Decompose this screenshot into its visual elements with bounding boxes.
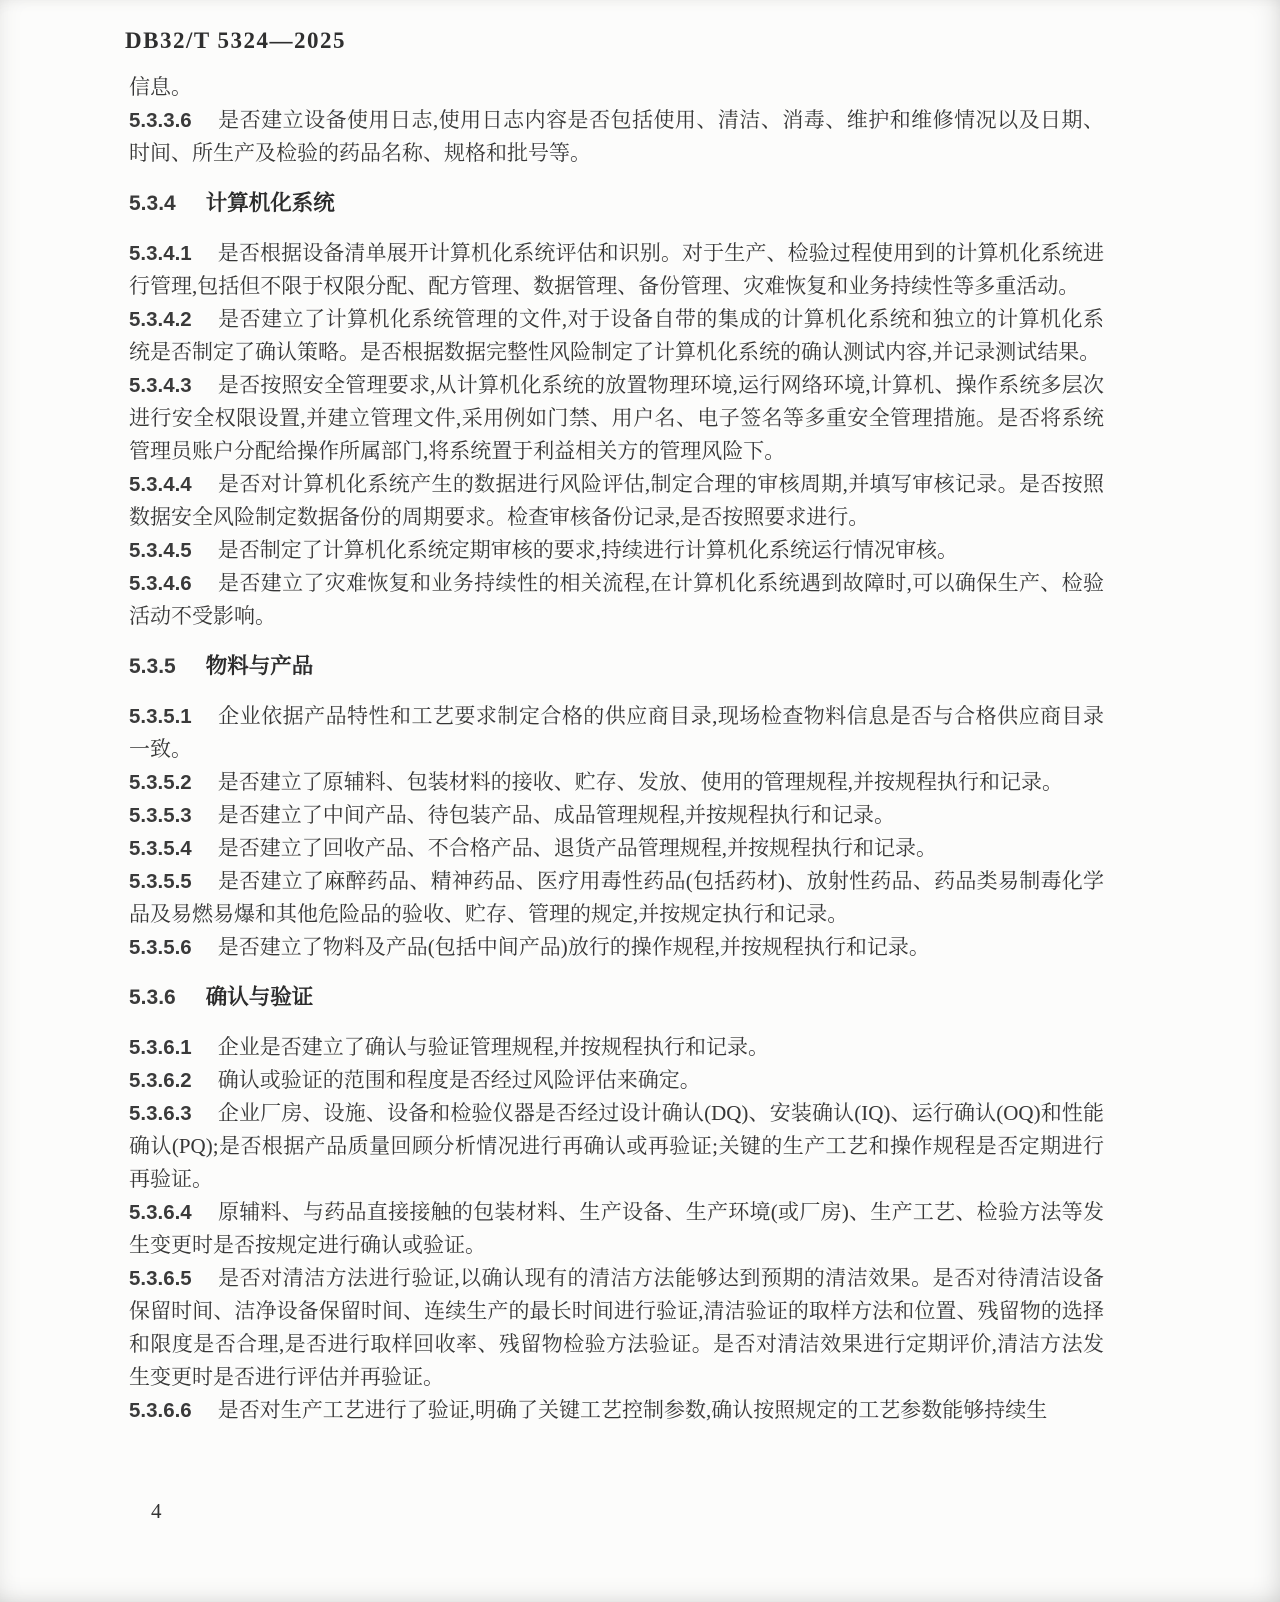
clause-paragraph: 5.3.5.6是否建立了物料及产品(包括中间产品)放行的操作规程,并按规程执行和… <box>129 931 1104 964</box>
clause-paragraph: 5.3.4.6是否建立了灾难恢复和业务持续性的相关流程,在计算机化系统遇到故障时… <box>129 567 1104 633</box>
clause-number: 5.3.6.5 <box>129 1267 192 1290</box>
clause-paragraph: 5.3.4.3是否按照安全管理要求,从计算机化系统的放置物理环境,运行网络环境,… <box>129 369 1104 468</box>
clause-paragraph: 5.3.6.1企业是否建立了确认与验证管理规程,并按规程执行和记录。 <box>129 1031 1104 1064</box>
clause-paragraph: 5.3.6.2确认或验证的范围和程度是否经过风险评估来确定。 <box>129 1064 1104 1097</box>
clause-text: 是否根据设备清单展开计算机化系统评估和识别。对于生产、检验过程使用到的计算机化系… <box>129 241 1104 298</box>
clause-paragraph: 5.3.6.3企业厂房、设施、设备和检验仪器是否经过设计确认(DQ)、安装确认(… <box>129 1097 1104 1196</box>
clause-text: 是否建立设备使用日志,使用日志内容是否包括使用、清洁、消毒、维护和维修情况以及日… <box>129 108 1104 165</box>
clause-text: 是否建立了麻醉药品、精神药品、医疗用毒性药品(包括药材)、放射性药品、药品类易制… <box>129 869 1104 926</box>
clause-paragraph: 5.3.5.2是否建立了原辅料、包装材料的接收、贮存、发放、使用的管理规程,并按… <box>129 766 1104 799</box>
clause-paragraph: 5.3.4.4是否对计算机化系统产生的数据进行风险评估,制定合理的审核周期,并填… <box>129 468 1104 534</box>
standard-number: DB32/T 5324—2025 <box>125 28 346 54</box>
clause-text: 是否建立了原辅料、包装材料的接收、贮存、发放、使用的管理规程,并按规程执行和记录… <box>218 770 1063 794</box>
clause-number: 5.3.5.4 <box>129 837 192 860</box>
clause-number: 5.3.4.4 <box>129 473 192 496</box>
clause-paragraph: 5.3.4.1是否根据设备清单展开计算机化系统评估和识别。对于生产、检验过程使用… <box>129 237 1104 303</box>
clause-text: 是否建立了计算机化系统管理的文件,对于设备自带的集成的计算机化系统和独立的计算机… <box>129 307 1104 364</box>
clause-text: 是否按照安全管理要求,从计算机化系统的放置物理环境,运行网络环境,计算机、操作系… <box>129 373 1104 463</box>
clause-paragraph: 5.3.4.2是否建立了计算机化系统管理的文件,对于设备自带的集成的计算机化系统… <box>129 303 1104 369</box>
clause-text: 物料与产品 <box>206 654 314 678</box>
clause-number: 5.3.5.6 <box>129 936 192 959</box>
clause-text: 原辅料、与药品直接接触的包装材料、生产设备、生产环境(或厂房)、生产工艺、检验方… <box>129 1200 1104 1257</box>
clause-text: 企业依据产品特性和工艺要求制定合格的供应商目录,现场检查物料信息是否与合格供应商… <box>129 704 1104 761</box>
clause-number: 5.3.4.3 <box>129 374 192 397</box>
clause-number: 5.3.5 <box>129 655 176 678</box>
clause-paragraph: 5.3.6.4原辅料、与药品直接接触的包装材料、生产设备、生产环境(或厂房)、生… <box>129 1196 1104 1262</box>
clause-text: 是否对计算机化系统产生的数据进行风险评估,制定合理的审核周期,并填写审核记录。是… <box>129 472 1104 529</box>
clause-number: 5.3.6.6 <box>129 1399 192 1422</box>
clause-text: 是否建立了回收产品、不合格产品、退货产品管理规程,并按规程执行和记录。 <box>218 836 937 860</box>
clause-number: 5.3.4.6 <box>129 572 192 595</box>
clause-number: 5.3.5.3 <box>129 804 192 827</box>
clause-number: 5.3.6.1 <box>129 1036 192 1059</box>
clause-paragraph: 5.3.3.6是否建立设备使用日志,使用日志内容是否包括使用、清洁、消毒、维护和… <box>129 104 1104 170</box>
clause-text: 确认与验证 <box>206 985 314 1009</box>
document-page: DB32/T 5324—2025 信息。5.3.3.6是否建立设备使用日志,使用… <box>0 0 1280 1602</box>
clause-number: 5.3.6.4 <box>129 1201 192 1224</box>
clause-text: 是否对清洁方法进行验证,以确认现有的清洁方法能够达到预期的清洁效果。是否对待清洁… <box>129 1266 1104 1389</box>
clause-text: 是否建立了中间产品、待包装产品、成品管理规程,并按规程执行和记录。 <box>218 803 895 827</box>
clause-number: 5.3.3.6 <box>129 109 192 132</box>
clause-text: 企业厂房、设施、设备和检验仪器是否经过设计确认(DQ)、安装确认(IQ)、运行确… <box>129 1101 1104 1191</box>
section-heading: 5.3.6确认与验证 <box>129 981 1104 1014</box>
clause-paragraph: 5.3.5.5是否建立了麻醉药品、精神药品、医疗用毒性药品(包括药材)、放射性药… <box>129 865 1104 931</box>
clause-number: 5.3.5.5 <box>129 870 192 893</box>
clause-text: 计算机化系统 <box>206 191 335 215</box>
clause-text: 是否建立了灾难恢复和业务持续性的相关流程,在计算机化系统遇到故障时,可以确保生产… <box>129 571 1104 628</box>
clause-text: 信息。 <box>129 75 192 99</box>
clause-text: 是否制定了计算机化系统定期审核的要求,持续进行计算机化系统运行情况审核。 <box>218 538 958 562</box>
clause-paragraph: 5.3.5.1企业依据产品特性和工艺要求制定合格的供应商目录,现场检查物料信息是… <box>129 700 1104 766</box>
clause-number: 5.3.4.1 <box>129 242 192 265</box>
clause-number: 5.3.4 <box>129 192 176 215</box>
clause-number: 5.3.4.5 <box>129 539 192 562</box>
clause-paragraph: 5.3.5.3是否建立了中间产品、待包装产品、成品管理规程,并按规程执行和记录。 <box>129 799 1104 832</box>
clause-number: 5.3.6.2 <box>129 1069 192 1092</box>
clause-paragraph: 信息。 <box>129 71 1104 104</box>
section-heading: 5.3.4计算机化系统 <box>129 187 1104 220</box>
clause-number: 5.3.6.3 <box>129 1102 192 1125</box>
clause-number: 5.3.4.2 <box>129 308 192 331</box>
clause-text: 是否建立了物料及产品(包括中间产品)放行的操作规程,并按规程执行和记录。 <box>218 935 930 959</box>
clause-text: 确认或验证的范围和程度是否经过风险评估来确定。 <box>218 1068 701 1092</box>
clause-paragraph: 5.3.6.6是否对生产工艺进行了验证,明确了关键工艺控制参数,确认按照规定的工… <box>129 1394 1104 1427</box>
clause-number: 5.3.6 <box>129 986 176 1009</box>
clause-paragraph: 5.3.5.4是否建立了回收产品、不合格产品、退货产品管理规程,并按规程执行和记… <box>129 832 1104 865</box>
clause-paragraph: 5.3.4.5是否制定了计算机化系统定期审核的要求,持续进行计算机化系统运行情况… <box>129 534 1104 567</box>
clause-number: 5.3.5.1 <box>129 705 192 728</box>
clause-text: 是否对生产工艺进行了验证,明确了关键工艺控制参数,确认按照规定的工艺参数能够持续… <box>218 1398 1048 1422</box>
document-body: 信息。5.3.3.6是否建立设备使用日志,使用日志内容是否包括使用、清洁、消毒、… <box>129 71 1104 1427</box>
clause-number: 5.3.5.2 <box>129 771 192 794</box>
clause-text: 企业是否建立了确认与验证管理规程,并按规程执行和记录。 <box>218 1035 769 1059</box>
page-number: 4 <box>151 1499 162 1524</box>
clause-paragraph: 5.3.6.5是否对清洁方法进行验证,以确认现有的清洁方法能够达到预期的清洁效果… <box>129 1262 1104 1394</box>
section-heading: 5.3.5物料与产品 <box>129 650 1104 683</box>
